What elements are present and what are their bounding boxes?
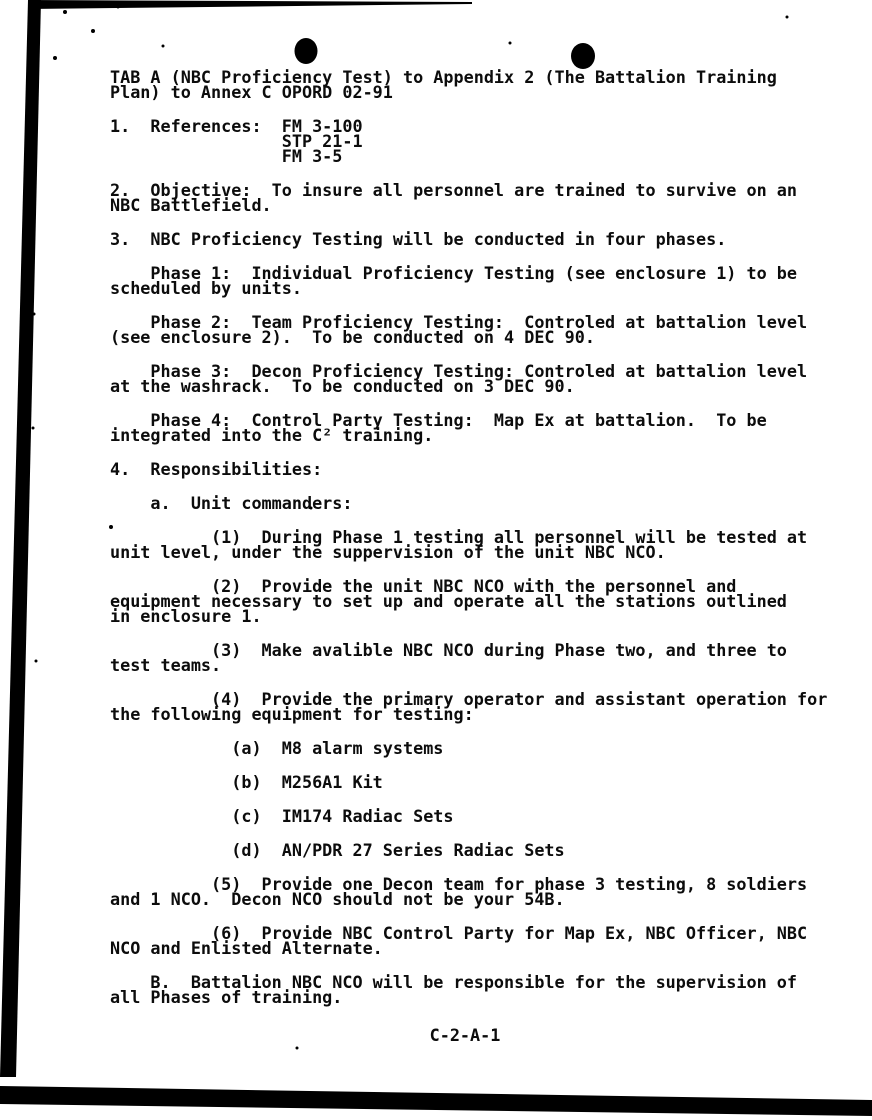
document-body: TAB A (NBC Proficiency Test) to Appendix… <box>110 70 862 1024</box>
paragraph: (d) AN/PDR 27 Series Radiac Sets <box>110 843 862 858</box>
paragraph: 1. References: FM 3-100 STP 21-1 FM 3-5 <box>110 119 862 164</box>
document-title: TAB A (NBC Proficiency Test) to Appendix… <box>110 70 862 100</box>
ink-speck <box>53 56 57 60</box>
paragraph: B. Battalion NBC NCO will be responsible… <box>110 975 862 1005</box>
ink-speck <box>117 6 120 9</box>
ink-speck <box>33 313 36 316</box>
paragraph: (2) Provide the unit NBC NCO with the pe… <box>110 579 862 624</box>
paragraph: (a) M8 alarm systems <box>110 741 862 756</box>
ink-speck <box>128 5 138 7</box>
ink-speck <box>63 10 67 14</box>
paragraph: a. Unit commanders: <box>110 496 862 511</box>
paragraph: 2. Objective: To insure all personnel ar… <box>110 183 862 213</box>
punch-mark-right <box>571 43 595 69</box>
paragraph: (b) M256A1 Kit <box>110 775 862 790</box>
ink-speck <box>91 29 95 33</box>
scan-border-bottom <box>0 1086 872 1116</box>
paragraph: 4. Responsibilities: <box>110 462 862 477</box>
ink-speck <box>786 16 789 19</box>
paragraph: Phase 4: Control Party Testing: Map Ex a… <box>110 413 862 443</box>
paragraph: (1) During Phase 1 testing all personnel… <box>110 530 862 560</box>
ink-speck <box>35 660 38 663</box>
paragraph: (4) Provide the primary operator and ass… <box>110 692 862 722</box>
paragraph: Phase 1: Individual Proficiency Testing … <box>110 266 862 296</box>
paragraph: Phase 2: Team Proficiency Testing: Contr… <box>110 315 862 345</box>
paragraph: (3) Make avalible NBC NCO during Phase t… <box>110 643 862 673</box>
page-number: C-2-A-1 <box>110 1028 820 1043</box>
paragraph: Phase 3: Decon Proficiency Testing: Cont… <box>110 364 862 394</box>
ink-speck <box>162 45 165 48</box>
ink-speck <box>32 427 35 430</box>
scan-border-top <box>28 0 472 9</box>
ink-speck <box>296 1047 299 1050</box>
paragraph: (5) Provide one Decon team for phase 3 t… <box>110 877 862 907</box>
paragraph: 3. NBC Proficiency Testing will be condu… <box>110 232 862 247</box>
scan-border-left <box>0 0 41 1077</box>
paragraph: (6) Provide NBC Control Party for Map Ex… <box>110 926 862 956</box>
scanned-document-page: TAB A (NBC Proficiency Test) to Appendix… <box>0 0 872 1120</box>
paragraph: (c) IM174 Radiac Sets <box>110 809 862 824</box>
punch-mark-left <box>295 38 318 64</box>
ink-speck <box>509 42 512 45</box>
